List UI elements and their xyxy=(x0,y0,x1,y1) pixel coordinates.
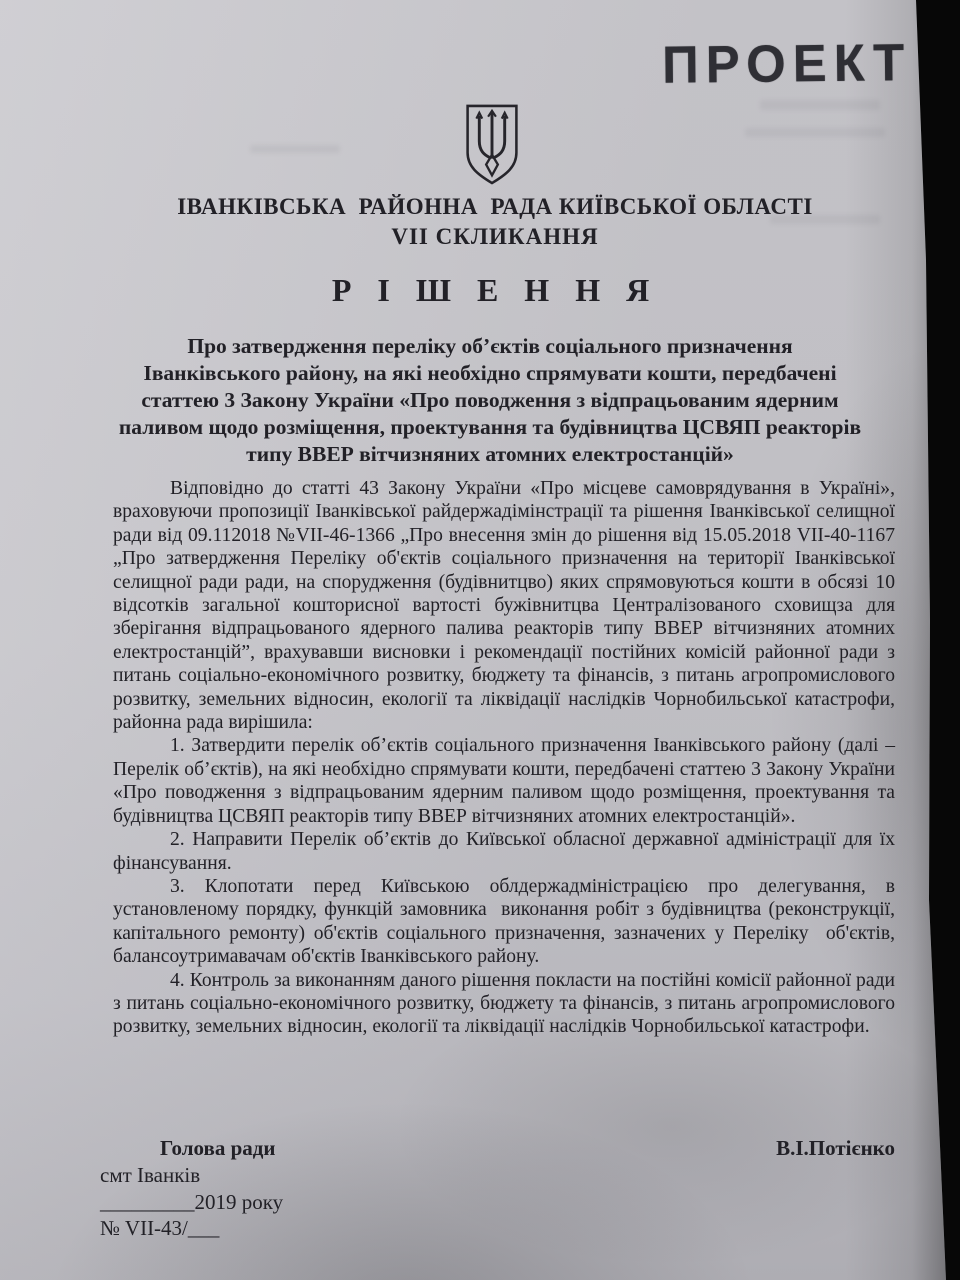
date-line: _________2019 року xyxy=(100,1190,283,1215)
document-page: ПРОЕКТ ІВАНКІВСЬКА РАЙОННА РАДА КИЇВСЬКО… xyxy=(0,0,960,1280)
signature-row: Голова ради В.І.Потієнко xyxy=(113,1136,895,1161)
document-number-line: № VII-43/___ xyxy=(100,1216,219,1241)
bleed-through-mark xyxy=(760,100,880,110)
decision-item-2: 2. Направити Перелік об’єктів до Київськ… xyxy=(113,828,895,875)
decision-item-3: 3. Клопотати перед Київською облдержадмі… xyxy=(113,875,895,969)
bleed-through-mark xyxy=(745,128,885,137)
bleed-through-mark xyxy=(250,145,340,153)
preamble-paragraph: Відповідно до статті 43 Закону України «… xyxy=(113,477,895,734)
signer-name: В.І.Потієнко xyxy=(776,1136,895,1161)
draft-stamp: ПРОЕКТ xyxy=(662,32,903,95)
decision-item-1: 1. Затвердити перелік об’єктів соціально… xyxy=(113,734,895,828)
signer-title: Голова ради xyxy=(113,1136,276,1161)
convocation-line: VII СКЛИКАННЯ xyxy=(45,224,945,250)
decision-item-4: 4. Контроль за виконанням даного рішення… xyxy=(113,969,895,1039)
place-line: смт Іванків xyxy=(100,1163,200,1188)
decision-body: Відповідно до статті 43 Закону України «… xyxy=(113,477,895,1039)
document-title: Р І Ш Е Н Н Я xyxy=(45,272,945,309)
authority-name: ІВАНКІВСЬКА РАЙОННА РАДА КИЇВСЬКОЇ ОБЛАС… xyxy=(45,194,945,220)
ukraine-trident-emblem-icon xyxy=(462,104,522,186)
decision-subject: Про затвердження переліку об’єктів соціа… xyxy=(118,333,862,468)
